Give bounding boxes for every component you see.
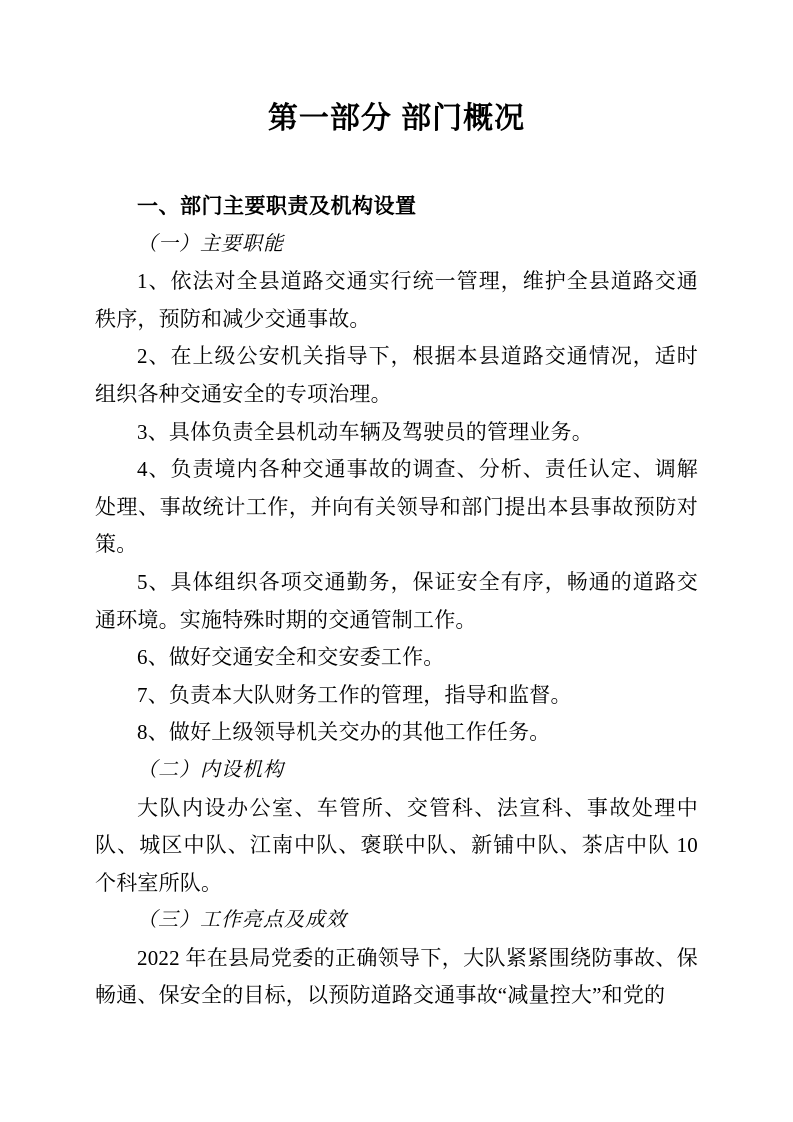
paragraph-highlights: 2022 年在县局党委的正确领导下，大队紧紧围绕防事故、保畅通、保安全的目标，以… (95, 940, 698, 1015)
paragraph-organization: 大队内设办公室、车管所、交管科、法宣科、事故处理中队、城区中队、江南中队、褒联中… (95, 790, 698, 903)
doc-title: 第一部分 部门概况 (95, 96, 698, 141)
subheading-1: （一）主要职能 (95, 226, 698, 264)
section-heading: 一、部门主要职责及机构设置 (95, 188, 698, 226)
paragraph-duty-6: 6、做好交通安全和交安委工作。 (95, 639, 698, 677)
paragraph-duty-3: 3、具体负责全县机动车辆及驾驶员的管理业务。 (95, 414, 698, 452)
paragraph-duty-2: 2、在上级公安机关指导下，根据本县道路交通情况，适时组织各种交通安全的专项治理。 (95, 338, 698, 413)
document-page: 第一部分 部门概况 一、部门主要职责及机构设置 （一）主要职能 1、依法对全县道… (0, 0, 793, 1122)
subheading-2: （二）内设机构 (95, 752, 698, 790)
subheading-3: （三）工作亮点及成效 (95, 902, 698, 940)
paragraph-duty-8: 8、做好上级领导机关交办的其他工作任务。 (95, 714, 698, 752)
paragraph-duty-1: 1、依法对全县道路交通实行统一管理，维护全县道路交通秩序，预防和减少交通事故。 (95, 263, 698, 338)
paragraph-duty-5: 5、具体组织各项交通勤务，保证安全有序，畅通的道路交通环境。实施特殊时期的交通管… (95, 564, 698, 639)
paragraph-duty-7: 7、负责本大队财务工作的管理，指导和监督。 (95, 677, 698, 715)
paragraph-duty-4: 4、负责境内各种交通事故的调查、分析、责任认定、调解处理、事故统计工作，并向有关… (95, 451, 698, 564)
